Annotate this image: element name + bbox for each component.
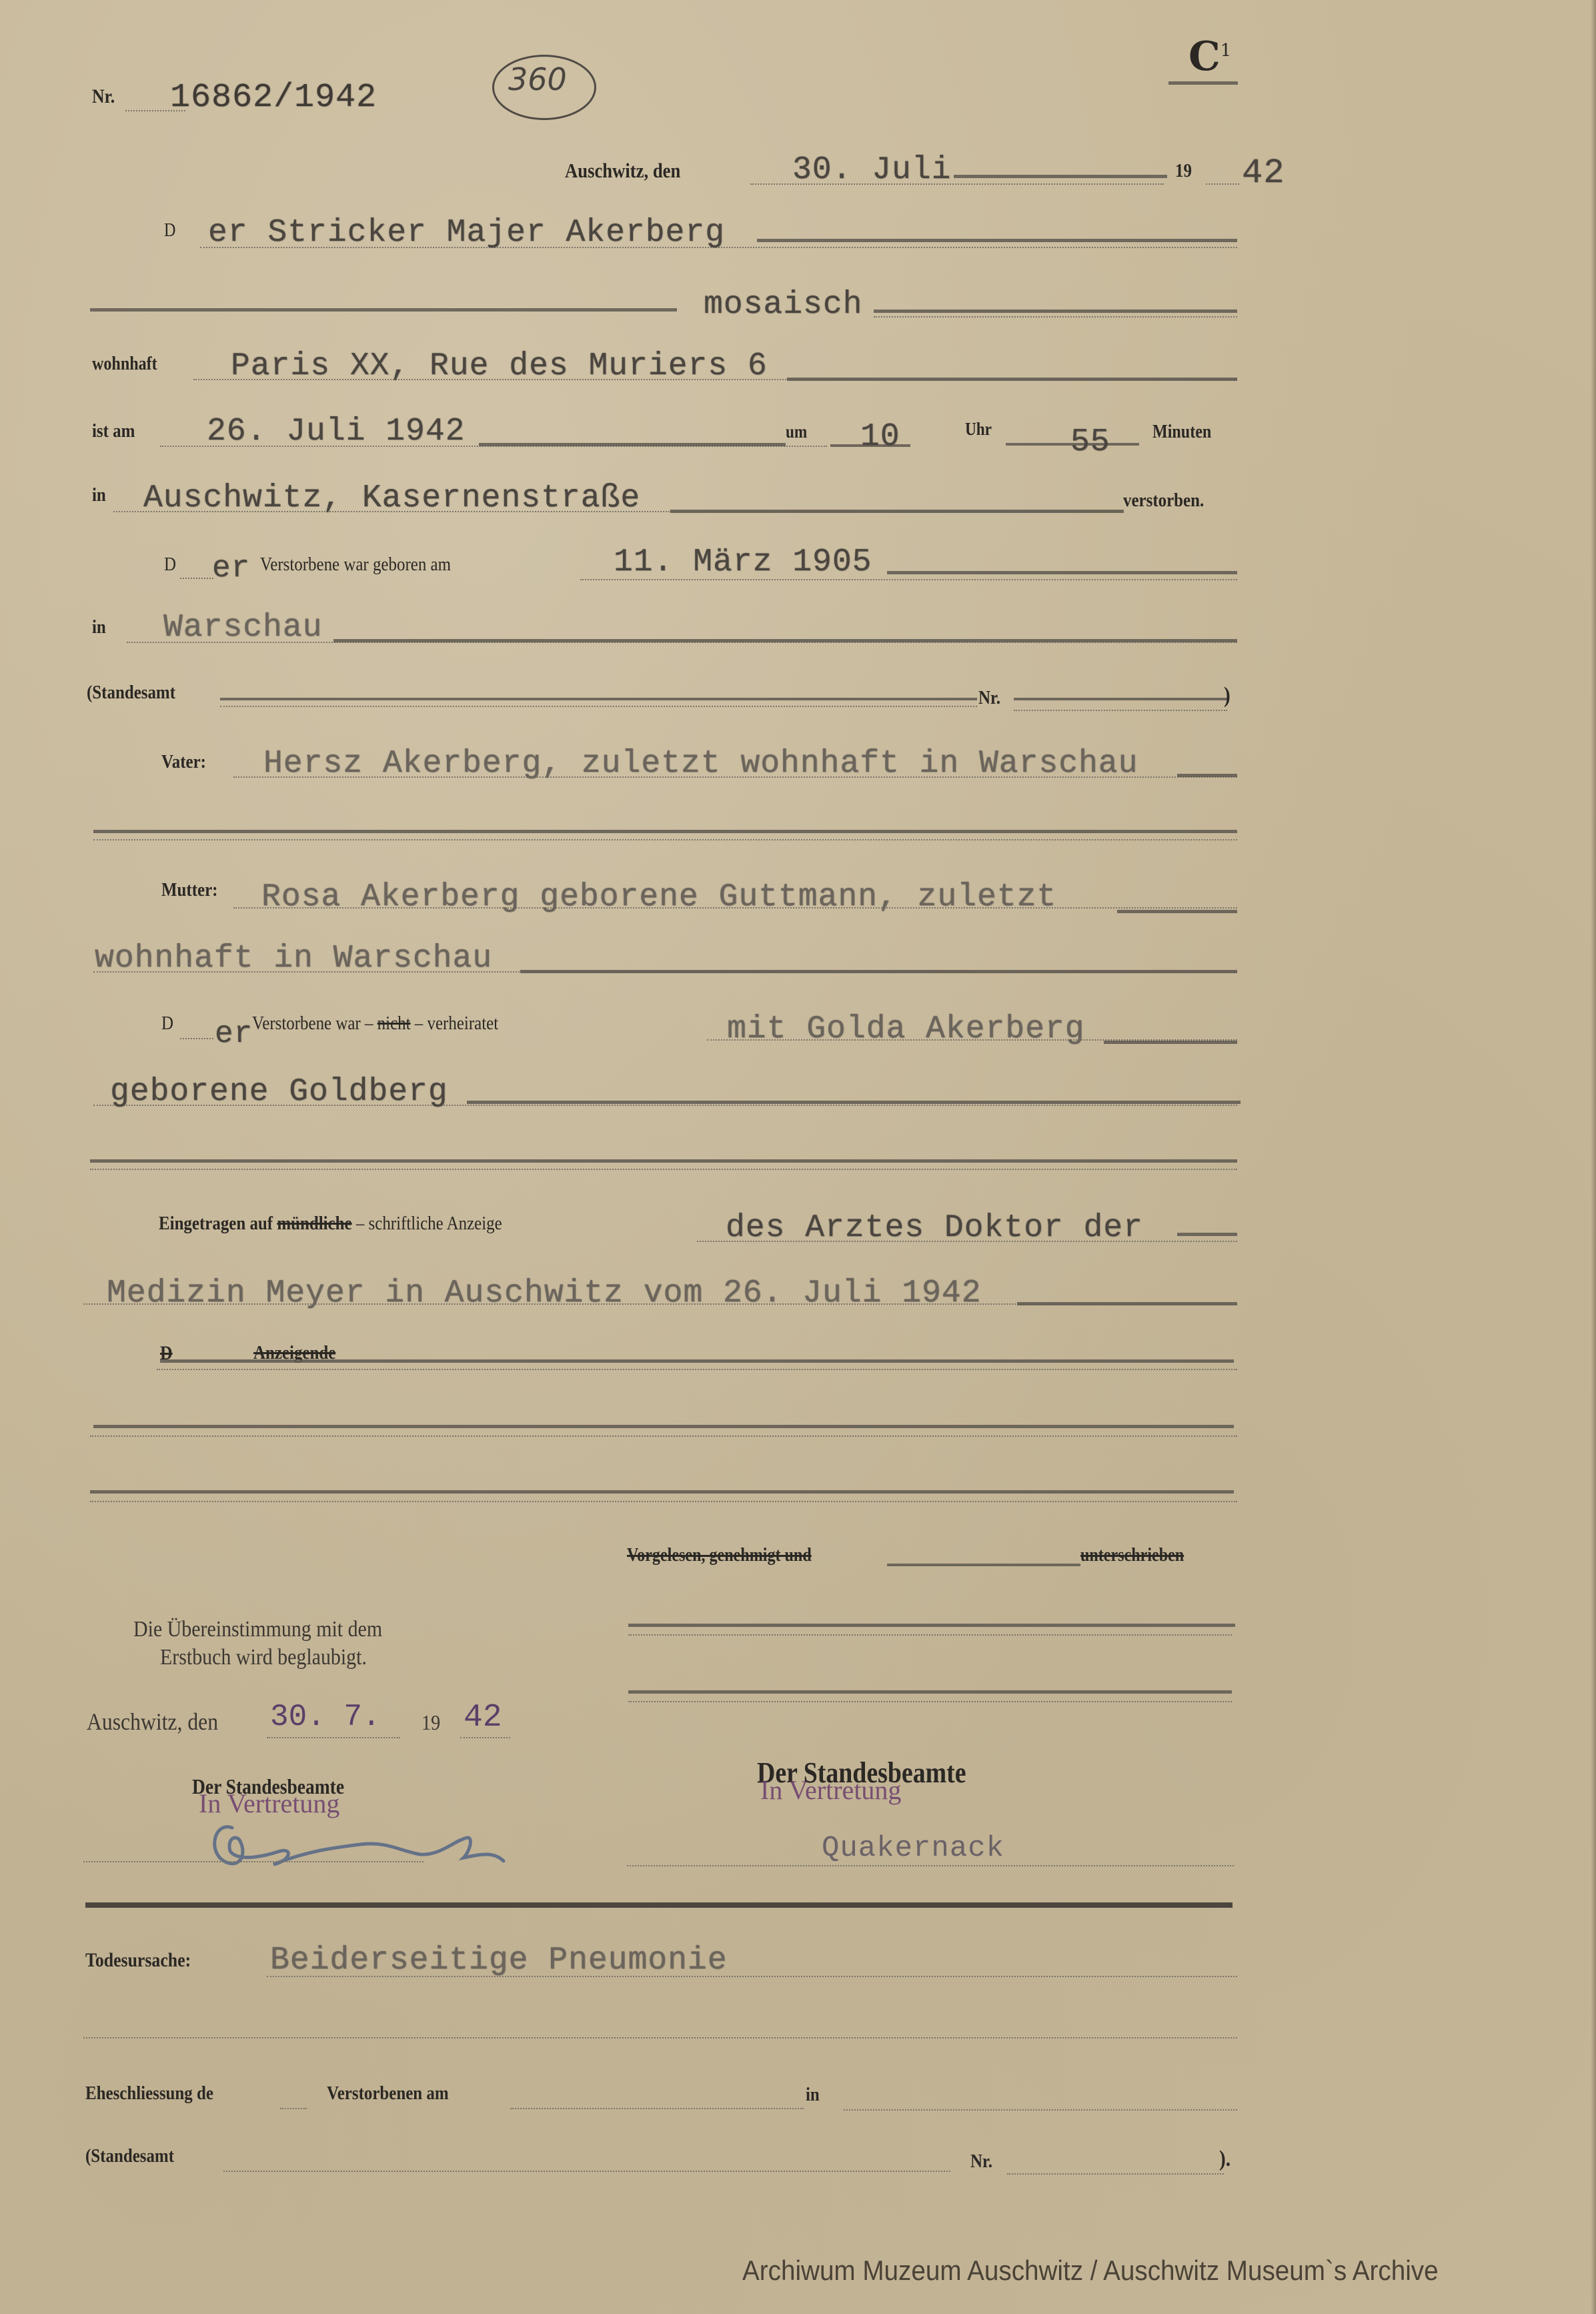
residence-fill-line: [787, 378, 1237, 381]
mother-value-line1: Rosa Akerberg geborene Guttmann, zuletzt: [261, 879, 1056, 915]
registration-label-part1: Eingetragen auf: [159, 1213, 273, 1234]
marriage-status-label: Verstorbene war – nicht – verheiratet: [252, 1013, 498, 1035]
marriage-record-in-label: in: [806, 2084, 820, 2106]
date-value: 30. Juli: [792, 152, 951, 188]
registration-label: Eingetragen auf mündliche – schriftliche…: [159, 1213, 502, 1235]
certification-place-label: Auschwitz, den: [87, 1708, 218, 1736]
right-official-name: Quakernack: [822, 1832, 1004, 1865]
father-label: Vater:: [161, 751, 206, 773]
death-place-fill-line: [670, 510, 1124, 513]
right-official-stamp: In Vertretung: [760, 1774, 901, 1806]
form-code-letter: C: [1188, 33, 1221, 80]
religion-dotted-line: [874, 316, 1237, 318]
birth-standesamt-label: (Standesamt: [87, 682, 175, 704]
birth-close-paren: ): [1224, 683, 1231, 708]
registration-fill-line: [1177, 1233, 1237, 1236]
marriage-record-place-dotted-line: [844, 2109, 1237, 2111]
form-code: C1: [1188, 33, 1231, 80]
spouse-value-line1: mit Golda Akerberg: [727, 1011, 1084, 1047]
birth-standesamt-fill-line: [220, 698, 977, 700]
death-date-fill-line: [479, 443, 786, 446]
signature-dotted-line-1: [628, 1634, 1232, 1636]
informant-dotted-line: [157, 1369, 1237, 1370]
registration-value-line2: Medizin Meyer in Auschwitz vom 26. Juli …: [107, 1275, 981, 1311]
religion-fill-line-right: [874, 310, 1237, 313]
marriage-article-dotted-line: [180, 1038, 213, 1039]
marriage-status-part1: Verstorbene war –: [252, 1013, 373, 1034]
name-article-label: D: [164, 220, 175, 241]
birth-nr-label: Nr.: [978, 687, 1000, 709]
informant-second-line: [93, 1425, 1234, 1428]
um-label: um: [786, 422, 807, 442]
father-fill-line: [1177, 774, 1237, 777]
circled-number: 360: [508, 61, 567, 97]
marriage-record-label-part1: Eheschliessung de: [85, 2083, 213, 2105]
year-suffix: 42: [1242, 153, 1285, 193]
certification-date-value: 30. 7.: [270, 1700, 381, 1734]
death-place-value: Auschwitz, Kasernenstraße: [143, 480, 640, 516]
certification-line2: Erstbuch wird beglaubigt.: [160, 1645, 367, 1670]
marriage-record-standesamt-label: (Standesamt: [85, 2145, 174, 2167]
register-number: 16862/1942: [170, 79, 377, 117]
cause-of-death-second-dotted-line: [83, 2037, 1237, 2039]
left-signature: [200, 1814, 614, 1888]
born-label: Verstorbene war geboren am: [260, 554, 451, 576]
deceased-name: er Stricker Majer Akerberg: [208, 215, 725, 251]
section-divider: [85, 1902, 1233, 1908]
spouse-value-line2: geborene Goldberg: [110, 1074, 448, 1110]
form-code-superscript: 1: [1221, 41, 1232, 61]
birth-nr-dotted-line: [1014, 710, 1227, 711]
spouse-fill-line: [1104, 1041, 1237, 1044]
informant-second-dotted-line: [90, 1435, 1237, 1437]
born-date-fill-line: [887, 571, 1237, 574]
born-date-value: 11. März 1905: [614, 544, 872, 580]
father-value: Hersz Akerberg, zuletzt wohnhaft in Wars…: [263, 746, 1138, 782]
marriage-record-nr-label: Nr.: [970, 2151, 992, 2173]
certification-year-dotted-line: [460, 1737, 510, 1738]
marriage-status-struck: nicht: [377, 1013, 411, 1034]
marriage-record-nr-dotted-line: [1007, 2173, 1224, 2175]
mother-label: Mutter:: [161, 879, 217, 901]
cause-of-death-value: Beiderseitige Pneumonie: [270, 1942, 728, 1978]
name-fill-line: [757, 239, 1237, 242]
death-place-label: in: [92, 484, 106, 506]
read-approved-fill-line: [887, 1564, 1080, 1566]
year-dotted-line: [1206, 183, 1239, 185]
birth-article-dotted-line: [180, 578, 213, 579]
father-second-line: [93, 830, 1237, 833]
marriage-status-part2: – verheiratet: [415, 1013, 498, 1034]
informant-third-dotted-line: [90, 1501, 1237, 1502]
verstorben-label: verstorben.: [1123, 490, 1204, 512]
marriage-record-label-part2: Verstorbenen am: [327, 2083, 449, 2105]
religion-fill-line-left: [90, 308, 677, 312]
registration-second-fill-line: [1017, 1302, 1237, 1305]
mother-value-line2: wohnhaft in Warschau: [95, 941, 492, 977]
signature-line-2: [628, 1690, 1232, 1694]
marriage-record-date-dotted-line: [510, 2108, 804, 2109]
born-place-label: in: [92, 616, 106, 638]
born-place-value: Warschau: [163, 610, 322, 646]
signed-struck: unterschrieben: [1080, 1545, 1184, 1566]
father-second-dotted-line: [93, 839, 1237, 840]
minute-value: 55: [1070, 424, 1110, 460]
certification-date-dotted-line: [267, 1737, 400, 1738]
read-approved-struck: Vorgelesen, genehmigt und: [627, 1545, 812, 1566]
form-code-underline: [1168, 81, 1238, 85]
date-fill-line: [954, 175, 1167, 178]
birth-nr-fill-line: [1014, 698, 1227, 700]
marriage-article-label: D: [161, 1013, 173, 1035]
marriage-third-dotted-line: [90, 1169, 1237, 1170]
informant-strike-line: [160, 1359, 1234, 1363]
certification-line1: Die Übereinstimmung mit dem: [133, 1617, 382, 1642]
death-date-value: 26. Juli 1942: [207, 414, 465, 450]
spouse-second-fill-line: [467, 1101, 1241, 1104]
hour-value: 10: [860, 419, 900, 455]
left-signature-dotted-line: [83, 1861, 424, 1862]
signature-dotted-line-2: [628, 1701, 1232, 1702]
nr-label: Nr.: [92, 85, 115, 108]
registration-value-line1: des Arztes Doktor der: [726, 1210, 1143, 1246]
right-signature-dotted-line: [627, 1865, 1234, 1866]
marriage-article-suffix: er: [215, 1017, 253, 1051]
certification-year-prefix: 19: [422, 1710, 440, 1735]
religion-value: mosaisch: [704, 287, 862, 323]
birth-article-suffix: er: [212, 551, 250, 586]
minuten-label: Minuten: [1152, 422, 1211, 443]
marriage-record-close-paren: ).: [1219, 2147, 1231, 2172]
informant-third-line: [90, 1490, 1234, 1494]
signature-line-1: [628, 1624, 1235, 1627]
certification-year-suffix: 42: [464, 1700, 502, 1736]
residence-value: Paris XX, Rue des Muriers 6: [231, 348, 768, 384]
archive-watermark: Archiwum Muzeum Auschwitz / Auschwitz Mu…: [742, 2255, 1439, 2287]
marriage-record-standesamt-dotted-line: [223, 2171, 950, 2172]
registration-label-part2: – schriftliche Anzeige: [356, 1213, 502, 1234]
birth-article-label: D: [164, 554, 176, 576]
marriage-record-article-dotted-line: [280, 2108, 307, 2109]
uhr-label: Uhr: [965, 419, 992, 440]
mother-fill-line: [1117, 910, 1237, 913]
born-place-fill-line: [333, 639, 1237, 642]
birth-standesamt-dotted-line: [220, 706, 977, 707]
place-date-label: Auschwitz, den: [565, 159, 680, 183]
year-prefix: 19: [1175, 160, 1192, 182]
paper-edge-shadow: [1591, 0, 1596, 2314]
cause-of-death-label: Todesursache:: [85, 1949, 191, 1972]
residence-label: wohnhaft: [92, 354, 157, 375]
registration-label-struck: mündliche: [277, 1213, 351, 1234]
death-date-label: ist am: [92, 420, 135, 442]
mother-second-fill-line: [520, 970, 1237, 973]
marriage-third-line: [90, 1159, 1237, 1163]
